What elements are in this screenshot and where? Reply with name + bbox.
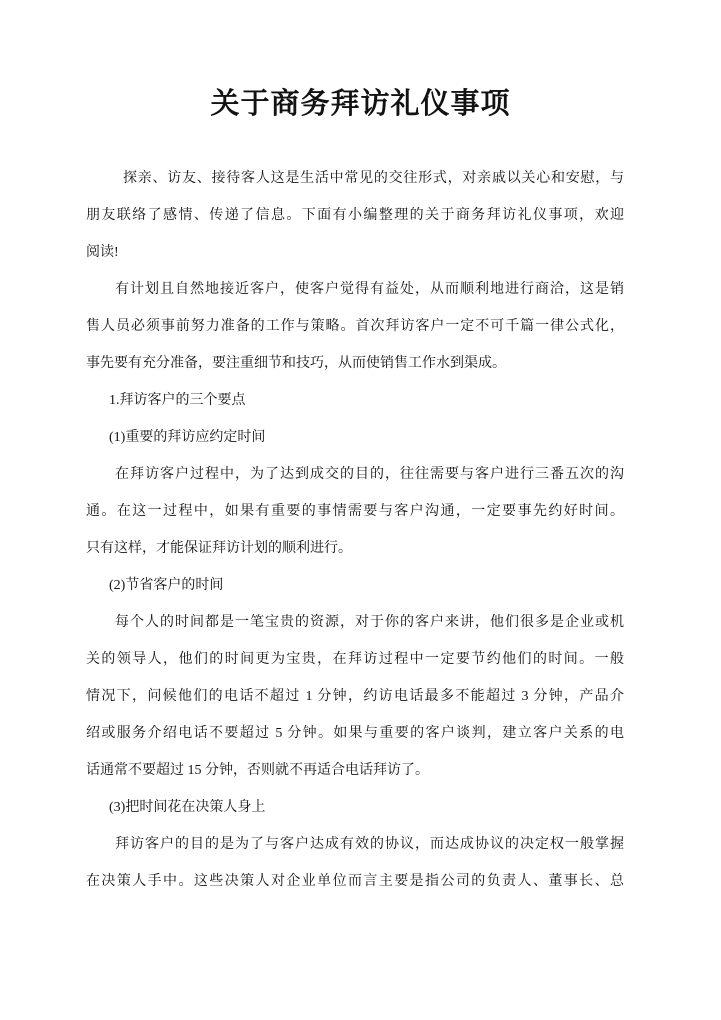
paragraph: 每个人的时间都是一笔宝贵的资源，对于你的客户来讲，他们很多是企业或机 关的领导人… bbox=[86, 604, 624, 789]
section-heading: 1.拜访客户的三个要点 bbox=[86, 382, 624, 419]
text-line: 探亲、访友、接待客人这是生活中常见的交往形式，对亲戚以关心和安慰，与 bbox=[86, 160, 624, 197]
document-page: 关于商务拜访礼仪事项 探亲、访友、接待客人这是生活中常见的交往形式，对亲戚以关心… bbox=[0, 0, 721, 1020]
paragraph: 拜访客户的目的是为了与客户达成有效的协议，而达成协议的决定权一般掌握 在决策人手… bbox=[86, 826, 624, 900]
sub-heading: (3)把时间花在决策人身上 bbox=[86, 789, 624, 826]
text-line: 朋友联络了感情、传递了信息。下面有小编整理的关于商务拜访礼仪事项，欢迎 bbox=[86, 197, 624, 234]
sub-heading: (2)节省客户的时间 bbox=[86, 567, 624, 604]
text-line: (2)节省客户的时间 bbox=[86, 567, 624, 604]
paragraph: 有计划且自然地接近客户，使客户觉得有益处，从而顺利地进行商洽，这是销 售人员必须… bbox=[86, 271, 624, 382]
text-line: 话通常不要超过 15 分钟，否则就不再适合电话拜访了。 bbox=[86, 752, 624, 789]
paragraph: 在拜访客户过程中，为了达到成交的目的，往往需要与客户进行三番五次的沟 通。在这一… bbox=[86, 456, 624, 567]
text-line: 阅读! bbox=[86, 234, 624, 271]
text-line: 事先要有充分准备，要注重细节和技巧，从而使销售工作水到渠成。 bbox=[86, 345, 624, 382]
text-line: 有计划且自然地接近客户，使客户觉得有益处，从而顺利地进行商洽，这是销 bbox=[86, 271, 624, 308]
text-line: 每个人的时间都是一笔宝贵的资源，对于你的客户来讲，他们很多是企业或机 bbox=[86, 604, 624, 641]
text-line: 在拜访客户过程中，为了达到成交的目的，往往需要与客户进行三番五次的沟 bbox=[86, 456, 624, 493]
text-line: 通。在这一过程中，如果有重要的事情需要与客户沟通，一定要事先约好时间。 bbox=[86, 493, 624, 530]
document-body: 探亲、访友、接待客人这是生活中常见的交往形式，对亲戚以关心和安慰，与 朋友联络了… bbox=[86, 160, 624, 900]
text-line: 拜访客户的目的是为了与客户达成有效的协议，而达成协议的决定权一般掌握 bbox=[86, 826, 624, 863]
sub-heading: (1)重要的拜访应约定时间 bbox=[86, 419, 624, 456]
text-line: 绍或服务介绍电话不要超过 5 分钟。如果与重要的客户谈判，建立客户关系的电 bbox=[86, 715, 624, 752]
text-line: 在决策人手中。这些决策人对企业单位而言主要是指公司的负责人、董事长、总 bbox=[86, 863, 624, 900]
text-line: 1.拜访客户的三个要点 bbox=[86, 382, 624, 419]
text-line: (1)重要的拜访应约定时间 bbox=[86, 419, 624, 456]
text-line: (3)把时间花在决策人身上 bbox=[86, 789, 624, 826]
text-line: 情况下，问候他们的电话不超过 1 分钟，约访电话最多不能超过 3 分钟，产品介 bbox=[86, 678, 624, 715]
text-line: 售人员必须事前努力准备的工作与策略。首次拜访客户一定不可千篇一律公式化， bbox=[86, 308, 624, 345]
text-line: 关的领导人，他们的时间更为宝贵，在拜访过程中一定要节约他们的时间。一般 bbox=[86, 641, 624, 678]
paragraph: 探亲、访友、接待客人这是生活中常见的交往形式，对亲戚以关心和安慰，与 朋友联络了… bbox=[86, 160, 624, 271]
document-title: 关于商务拜访礼仪事项 bbox=[0, 0, 721, 121]
text-line: 只有这样，才能保证拜访计划的顺利进行。 bbox=[86, 530, 624, 567]
